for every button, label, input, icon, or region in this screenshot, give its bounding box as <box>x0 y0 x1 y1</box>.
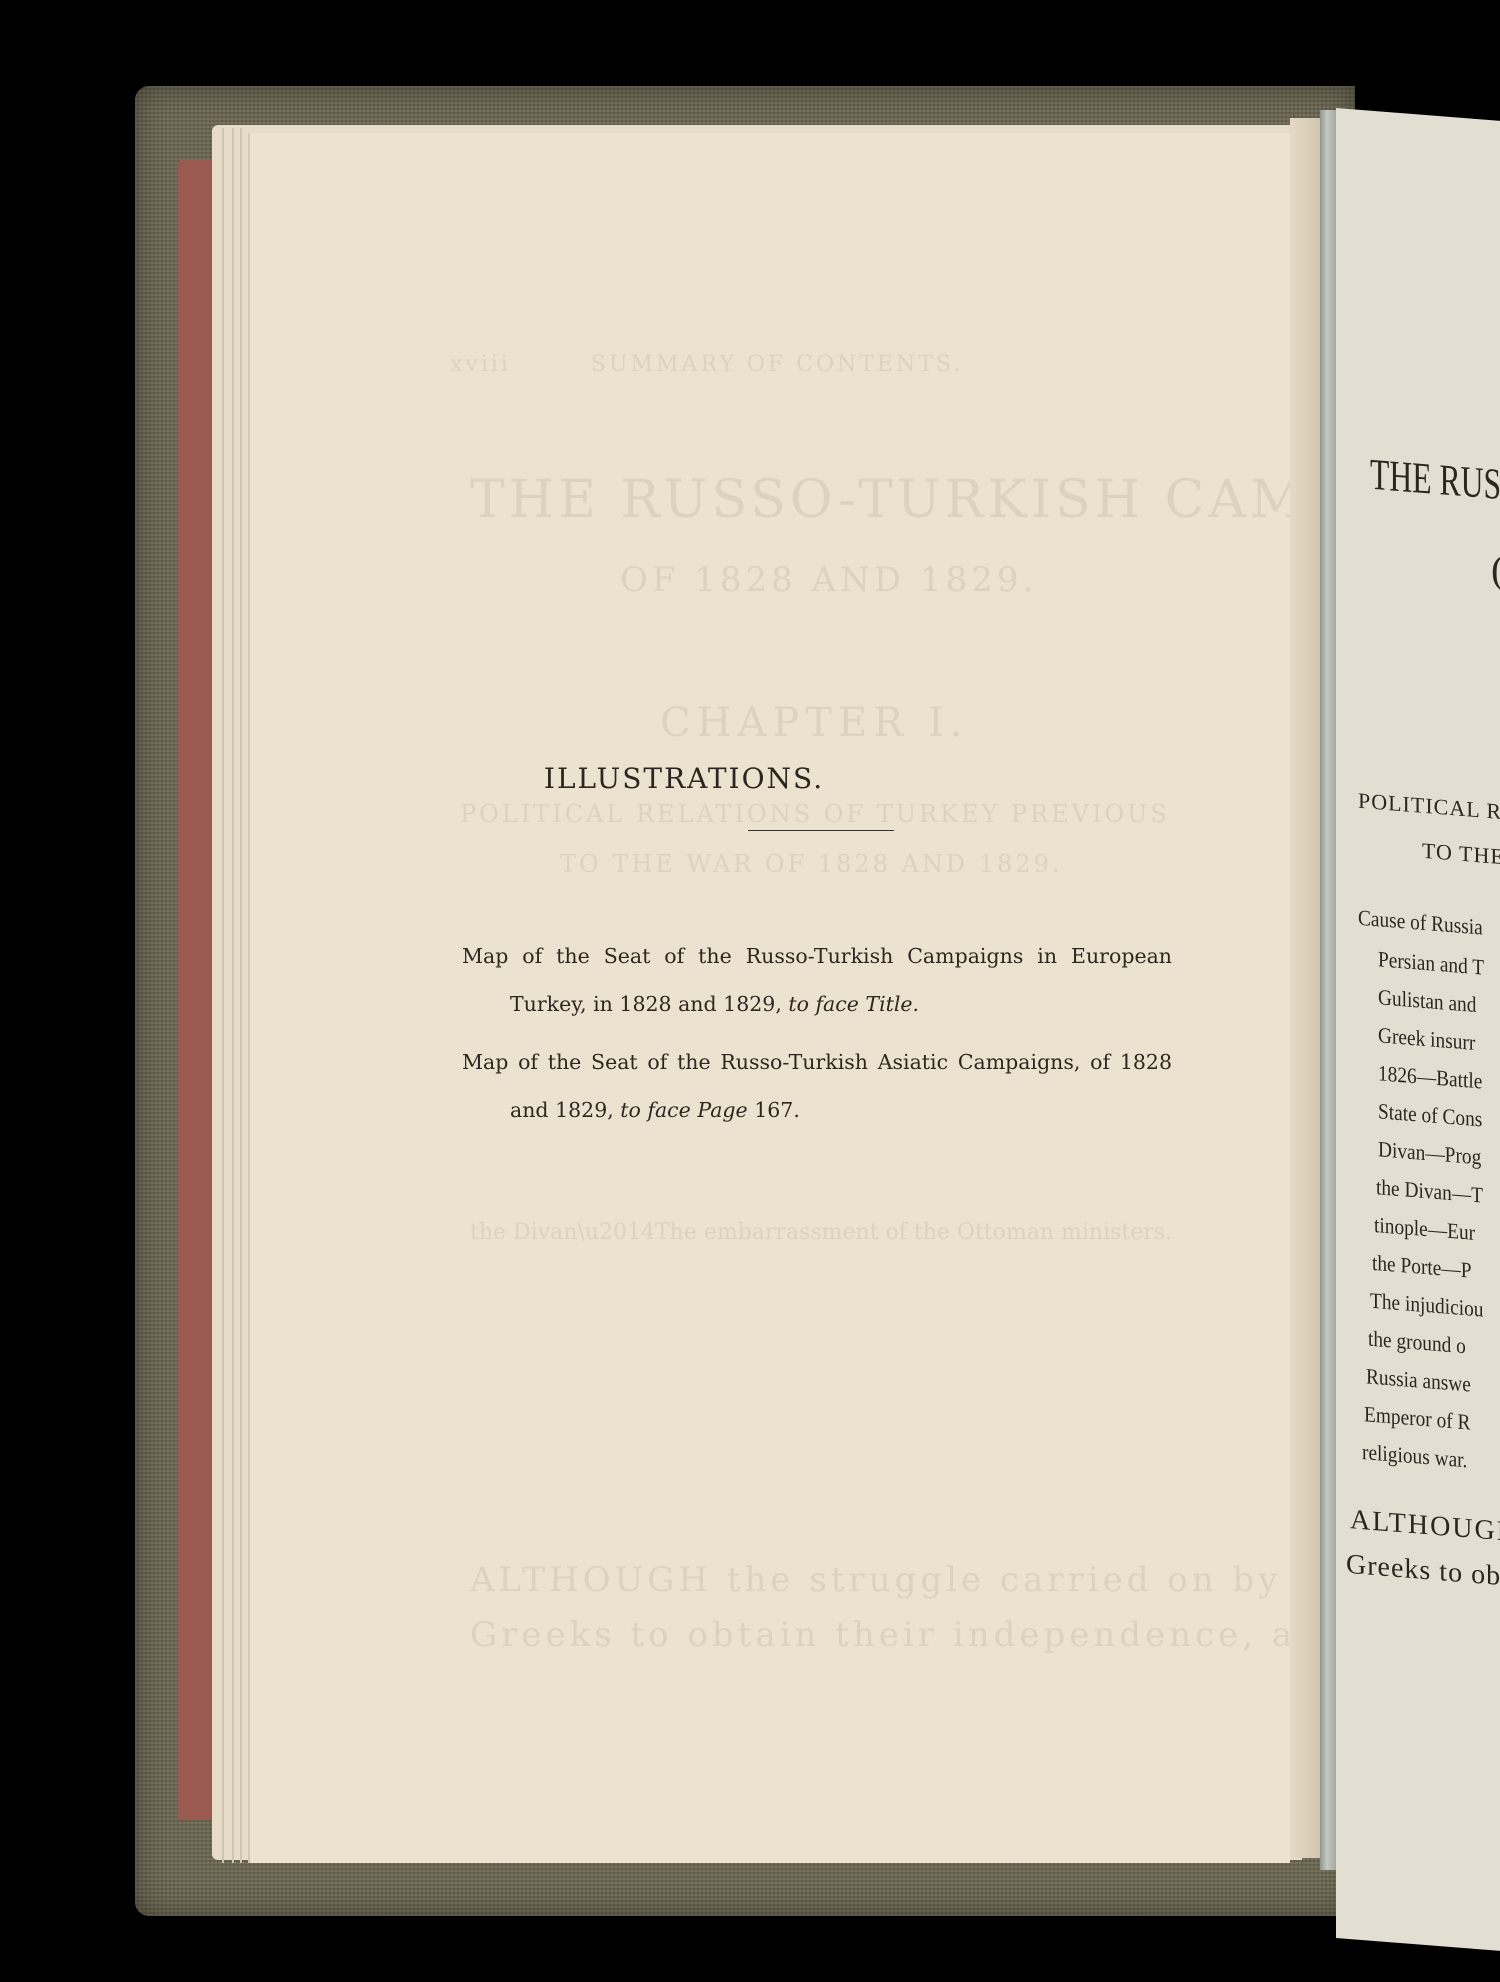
entry-text: Turkey, in 1828 and 1829, <box>510 992 788 1016</box>
summary-line: 1826—Battle <box>1378 1060 1482 1094</box>
summary-line: Russia answe <box>1366 1363 1471 1397</box>
entry-reference: to face Title. <box>788 992 919 1016</box>
page-edge <box>232 128 234 1863</box>
chapter-heading: POLITICAL R <box>1358 788 1500 825</box>
right-page: THE RUS ( POLITICAL R TO THE Cause of Ru… <box>1336 108 1500 1951</box>
right-page-subtitle: ( <box>1491 545 1500 593</box>
chapter-heading: TO THE <box>1422 838 1500 871</box>
page-edge <box>240 128 242 1863</box>
right-page-title: THE RUS <box>1370 449 1500 510</box>
summary-line: religious war. <box>1362 1439 1467 1473</box>
entry-line: and 1829, to face Page 167. <box>462 1100 1172 1148</box>
page-heading: ILLUSTRATIONS. <box>0 762 1434 795</box>
entry-page-number: 167. <box>748 1098 800 1122</box>
body-text-line: ALTHOUGH t <box>1350 1504 1500 1551</box>
summary-line: Emperor of R <box>1364 1401 1470 1435</box>
heading-divider <box>748 830 894 831</box>
summary-line: the Porte—P <box>1372 1250 1471 1284</box>
entry-line: Turkey, in 1828 and 1829, to face Title. <box>462 994 1172 1042</box>
summary-line: Gulistan and <box>1378 984 1476 1018</box>
summary-line: Greek insurr <box>1378 1022 1475 1056</box>
body-text-line: Greeks to obt <box>1346 1549 1500 1594</box>
summary-line: the Divan—T <box>1376 1174 1483 1208</box>
entry-text: and 1829, <box>510 1098 620 1122</box>
entry-line: Map of the Seat of the Russo-Turkish Asi… <box>462 1052 1172 1100</box>
page-edge <box>222 128 224 1863</box>
summary-line: Divan—Prog <box>1378 1136 1481 1170</box>
illustration-entry: Map of the Seat of the Russo-Turkish Cam… <box>462 946 1172 1042</box>
summary-line: the ground o <box>1368 1326 1466 1360</box>
summary-line: State of Cons <box>1378 1098 1482 1132</box>
summary-line: Cause of Russia <box>1358 905 1483 941</box>
entry-reference: to face Page <box>620 1098 747 1122</box>
illustration-entry: Map of the Seat of the Russo-Turkish Asi… <box>462 1052 1172 1148</box>
summary-line: Persian and T <box>1378 946 1484 980</box>
summary-line: The injudiciou <box>1370 1288 1483 1323</box>
entry-line: Map of the Seat of the Russo-Turkish Cam… <box>462 946 1172 994</box>
summary-line: tinople—Eur <box>1374 1212 1475 1246</box>
